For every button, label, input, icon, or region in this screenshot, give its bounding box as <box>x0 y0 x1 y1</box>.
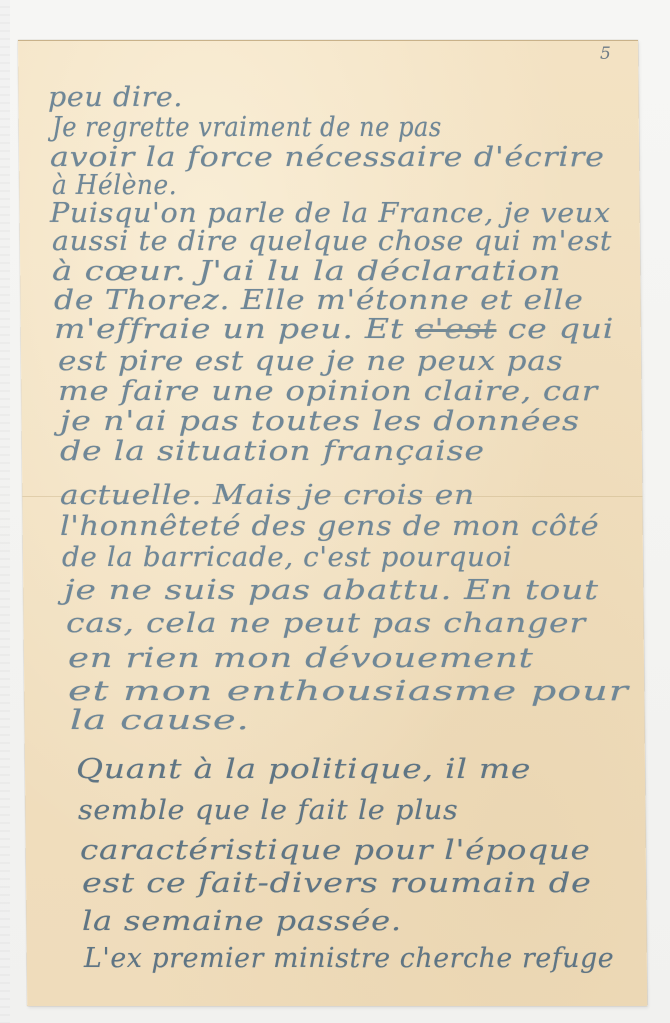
letter-line: me faire une opinion claire, car <box>58 376 598 407</box>
letter-line: de la situation française <box>60 436 485 467</box>
letter-line-with-strikethrough: m'effraie un peu. Et c'est ce qui <box>54 314 614 345</box>
letter-line: de Thorez. Elle m'étonne et elle <box>54 285 584 316</box>
letter-line: l'honnêteté des gens de mon côté <box>60 511 599 542</box>
letter-line: je n'ai pas toutes les données <box>60 406 580 437</box>
letter-line: à Hélène. <box>52 170 177 201</box>
letter-line: et mon enthousiasme pour <box>68 676 629 707</box>
letter-line: à cœur. J'ai lu la déclaration <box>52 256 562 287</box>
letter-line: aussi te dire quelque chose qui m'est <box>52 226 612 257</box>
letter-line: en rien mon dévouement <box>68 643 534 674</box>
letter-line: avoir la force nécessaire d'écrire <box>50 142 605 173</box>
letter-line: Puisqu'on parle de la France, je veux <box>50 198 611 229</box>
letter-line: de la barricade, c'est pourquoi <box>62 542 512 573</box>
letter-line: L'ex premier ministre cherche refuge <box>84 943 614 974</box>
letter-line: la semaine passée. <box>82 906 402 937</box>
letter-body: peu dire. Je regrette vraiment de ne pas… <box>0 0 670 1023</box>
letter-line: Quant à la politique, il me <box>76 754 531 785</box>
line-text: m'effraie un peu. Et <box>54 314 415 345</box>
letter-line: est pire est que je ne peux pas <box>58 346 563 377</box>
letter-line: cas, cela ne peut pas changer <box>66 608 586 639</box>
letter-line: peu dire. <box>48 82 183 113</box>
letter-line: actuelle. Mais je crois en <box>60 480 475 511</box>
letter-line: la cause. <box>70 705 250 736</box>
letter-line: est ce fait-divers roumain de <box>82 868 592 899</box>
letter-line: caractéristique pour l'époque <box>80 835 591 866</box>
line-text: ce qui <box>497 314 615 345</box>
struck-word: c'est <box>415 314 496 345</box>
letter-line: je ne suis pas abattu. En tout <box>64 575 599 606</box>
letter-line: Je regrette vraiment de ne pas <box>52 112 442 143</box>
letter-line: semble que le fait le plus <box>78 795 458 826</box>
